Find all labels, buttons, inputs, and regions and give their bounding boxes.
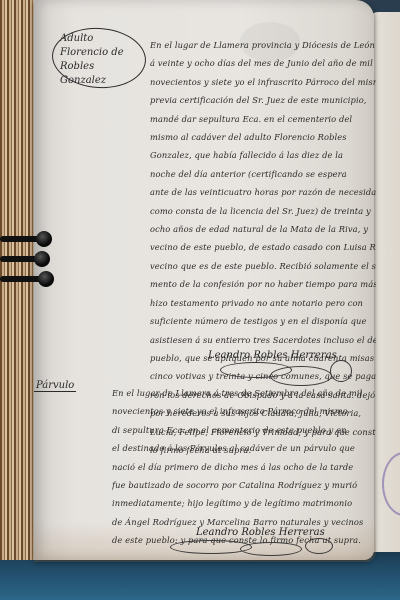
text-line: noche del día anterior (certificando se … (150, 165, 376, 183)
text-line: En el lugar de Llamera á tres de Setiemb… (112, 384, 374, 402)
text-line: novecientos y siete yo el infrascrito Pá… (112, 402, 374, 420)
signature-entry-2: Leandro Robles Herreras (196, 527, 325, 538)
text-line: nació el día primero de dicho mes á las … (112, 458, 374, 476)
margin-note-entry-1: Adulto Florencio de Robles Gonzalez (60, 32, 150, 88)
signature-flourish-icon (330, 360, 352, 382)
text-line: asistiesen á su entierro tres Sacerdotes… (150, 331, 376, 349)
text-line: como consta de la licencia del Sr. Juez)… (150, 202, 376, 220)
text-line: Gonzalez, que había fallecido á las diez… (150, 146, 376, 164)
text-line: En el lugar de Llamera provincia y Dióce… (150, 36, 376, 54)
text-line: ante de las veinticuatro horas por razón… (150, 183, 376, 201)
clip-icon (0, 276, 50, 282)
text-line: novecientos y siete yo el infrascrito Pá… (150, 73, 376, 91)
text-line: mandé dar sepultura Eca. en el cementeri… (150, 110, 376, 128)
text-line: hizo testamento privado no ante notario … (150, 294, 376, 312)
text-line: previa certificación del Sr. Juez de est… (150, 91, 376, 109)
text-line: el destinado á los Párvulos al cadáver d… (112, 439, 374, 457)
margin-note-line: Gonzalez (60, 74, 150, 88)
signature-flourish-icon (305, 538, 333, 554)
text-line: inmediatamente; hijo legítimo y de legít… (112, 494, 374, 512)
text-line: di sepultura Eca. en el cementerio de es… (112, 421, 374, 439)
signature-entry-1: Leandro Robles Herreras (208, 350, 337, 361)
binder-clips (0, 228, 60, 298)
margin-note-line: Florencio de Robles (60, 46, 150, 74)
signature-flourish-icon (240, 542, 302, 556)
text-line: fue bautizado de socorro por Catalina Ro… (112, 476, 374, 494)
text-line: mismo al cadáver del adulto Florencio Ro… (150, 128, 376, 146)
signature-flourish-icon (270, 366, 332, 386)
text-line: suficiente número de testigos y en el di… (150, 312, 376, 330)
text-line: vecino que es de este pueblo. Recibió so… (150, 257, 376, 275)
margin-note-line: Adulto (60, 32, 150, 46)
text-line: ocho años de edad natural de la Mata de … (150, 220, 376, 238)
text-line: á veinte y ocho días del mes de Junio de… (150, 54, 376, 72)
entry-2-text: En el lugar de Llamera á tres de Setiemb… (112, 384, 374, 550)
text-line: mento de la confesión por no haber tiemp… (150, 275, 376, 293)
clip-icon (0, 236, 48, 242)
margin-note-entry-2: Párvulo (34, 380, 76, 392)
text-line: vecino de este pueblo, de estado casado … (150, 238, 376, 256)
clip-icon (0, 256, 46, 262)
